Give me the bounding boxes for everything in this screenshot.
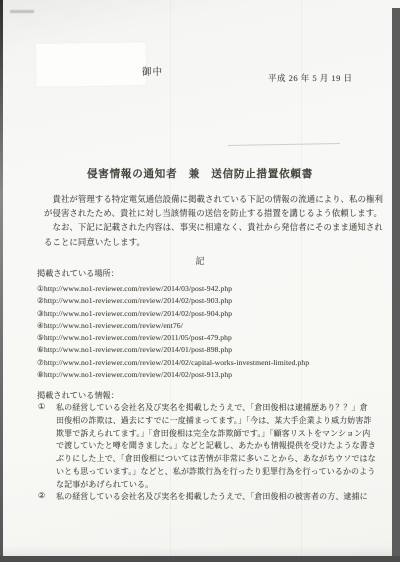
- redacted-sender-underline: [228, 143, 340, 146]
- addressee-redaction-box: [36, 42, 147, 87]
- scan-edge-left: [0, 0, 3, 562]
- document-title: 侵害情報の通知者 兼 送信防止措置依頼書: [0, 166, 400, 181]
- url-item: ⑧http://www.no1-reviewer.com/review/2014…: [37, 369, 309, 381]
- body-line: が侵害されたため、貴社に対し当該情報の送信を防止する措置を講じるよう依頼します。: [44, 207, 378, 221]
- info-line: で渡していたと噂を聞きました。」などと記載し、あたかも情報提供を受けたような書き: [56, 440, 376, 453]
- url-item: ⑥http://www.no1-reviewer.com/review/2014…: [37, 344, 309, 356]
- body-line: なお、下記に記載された内容は、事実に相違なく、貴社から発信者にそのまま通知され: [44, 221, 378, 235]
- scanned-document-page: 御中 平成 26 年 5 月 19 日 侵害情報の通知者 兼 送信防止措置依頼書…: [0, 0, 400, 562]
- item-lines: 私の経営している会社名及び実名を掲載したうえで、「倉田俊相の被害者の方、逮捕に: [56, 491, 368, 504]
- info-line: 田俊相の詐欺は、過去にすでに一度捕まってます。」「今は、某大手企業より威力妨害詐: [56, 415, 376, 428]
- info-line: いとも思っています。」などと、私が詐欺行為を行ったり犯罪行為を行っているかのよう: [56, 466, 376, 479]
- info-line: 私の経営している会社名及び実名を掲載したうえで、「倉田俊相の被害者の方、逮捕に: [56, 491, 368, 504]
- url-item: ⑦http://www.no1-reviewer.com/review/2014…: [37, 357, 309, 369]
- url-item: ①http://www.no1-reviewer.com/review/2014…: [37, 283, 309, 295]
- item-marker: ②: [38, 491, 45, 500]
- scan-edge-right: [392, 8, 400, 562]
- addressee-suffix: 御中: [142, 64, 163, 78]
- document-date: 平成 26 年 5 月 19 日: [268, 72, 353, 84]
- scan-edge-bottom: [0, 556, 400, 562]
- body-paragraphs: 貴社が管理する特定電気通信設備に掲載されている下記の情報の流通により、私の権利 …: [44, 193, 378, 250]
- locations-heading: 掲載されている場所：: [37, 268, 119, 279]
- body-line: ることに同意いたします。: [44, 236, 378, 250]
- url-list: ①http://www.no1-reviewer.com/review/2014…: [37, 283, 309, 381]
- corner-smudge: [10, 10, 34, 13]
- url-item: ②http://www.no1-reviewer.com/review/2014…: [37, 295, 309, 307]
- info-line: 私の経営している会社名及び実名を掲載したうえで、「倉田俊相は逮捕歴あり？？」倉: [56, 402, 376, 415]
- info-line: 欺罪で訴えられてます。」「倉田俊相は完全な詐欺師です。」「顧客リストをマンション…: [56, 428, 376, 441]
- url-item: ④http://www.no1-reviewer.com/review/ent7…: [37, 320, 309, 332]
- item-lines: 私の経営している会社名及び実名を掲載したうえで、「倉田俊相は逮捕歴あり？？」倉 …: [56, 402, 376, 492]
- body-line: 貴社が管理する特定電気通信設備に掲載されている下記の情報の流通により、私の権利: [44, 193, 378, 207]
- item-marker: ①: [38, 402, 45, 411]
- url-item: ⑤http://www.no1-reviewer.com/review/2011…: [37, 332, 309, 344]
- info-line: な記事があげられている。: [56, 479, 376, 492]
- scan-bottom-shadow: [0, 546, 400, 556]
- information-heading: 掲載されている情報：: [37, 390, 119, 401]
- url-item: ③http://www.no1-reviewer.com/review/2014…: [37, 308, 309, 320]
- record-marker: 記: [0, 254, 400, 267]
- info-line: ぶりにした上で、「倉田俊相については苦情が非常に多いことから、あながちウソではな: [56, 453, 376, 466]
